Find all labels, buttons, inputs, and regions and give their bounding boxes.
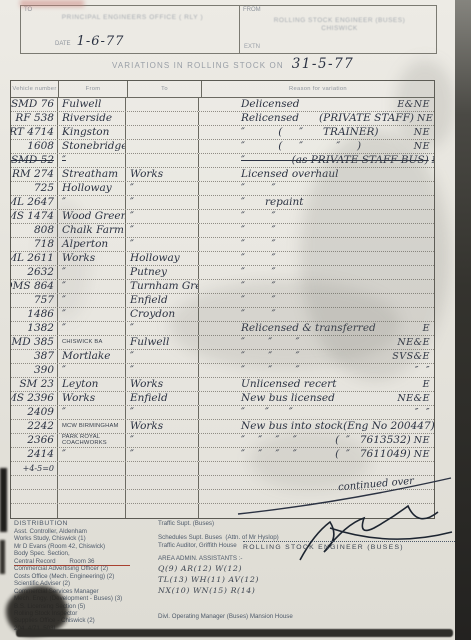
table-row: 2632 ″ Putney ″ ″ [11, 266, 434, 280]
cell-from: Stonebridge [58, 140, 126, 153]
cell-from: Leyton [58, 378, 126, 391]
cell-vehicle: 718 [11, 238, 58, 251]
to-cell: TO PRINCIPAL ENGINEERS OFFICE ( RLY ) DA… [21, 6, 240, 53]
cell-reason: ″ ″ [199, 308, 434, 321]
cell-vehicle: DMS 864 [11, 280, 58, 293]
cell-vehicle: DMS 1474 [11, 210, 58, 223]
cell-to [126, 98, 199, 111]
cell-vehicle [11, 476, 58, 489]
table-row: SMD 385 CHISWICK BA Fulwell ″ ″ ″ NE&E [11, 336, 434, 350]
distribution-item: Mr D Evans (Room 42, Chiswick) [14, 543, 162, 550]
cell-to: Holloway [126, 252, 199, 265]
cell-reason [199, 462, 434, 475]
cell-reason: ″ ( ″ ″ ) NE [199, 140, 434, 153]
distribution-item: Body Spec. Section, [14, 550, 162, 557]
distribution-item: Mech. Engy. (Development - Buses) (3) [14, 595, 162, 602]
cell-from: Works [58, 252, 126, 265]
table-row: +4-5=0 [11, 462, 434, 476]
cell-from: Wood Green [58, 210, 126, 223]
cell-to: Enfield [126, 294, 199, 307]
table-row: RT 4714 Kingston ″ ( ″ TRAINER) NE [11, 126, 434, 140]
cell-to [126, 112, 199, 125]
table-row: 1486 ″ Croydon ″ ″ [11, 308, 434, 322]
scanned-page: TO PRINCIPAL ENGINEERS OFFICE ( RLY ) DA… [0, 0, 471, 640]
cell-reason: ″ ″ [199, 252, 434, 265]
cell-to: Turnham Green [126, 280, 199, 293]
table-row: RF 538 Riverside Relicensed (PRIVATE STA… [11, 112, 434, 126]
cell-reason: ″ ″ [199, 294, 434, 307]
cell-from: Mortlake [58, 350, 126, 363]
cell-reason: Relicensed (PRIVATE STAFF) NE [199, 112, 434, 125]
cell-to: ″ [126, 364, 199, 377]
cell-vehicle: SM 23 [11, 378, 58, 391]
distribution-items: Asst. Controller, AldenhamWorks Study, C… [14, 528, 162, 632]
cell-reason: ″ ″ ″ ″ ″ [199, 406, 434, 419]
cell-reason: New bus licensed NE&E [199, 392, 434, 405]
cell-reason: ″ ″ ″ ″ ( ″ 7613532) NE [199, 434, 434, 447]
cell-from: Holloway [58, 182, 126, 195]
cell-to: ″ [126, 182, 199, 195]
distribution-item: Commercial Services Manager [14, 588, 162, 595]
col-header-vehicle: Vehicle number [11, 81, 59, 97]
cell-to [126, 462, 199, 475]
cell-to: Enfield [126, 392, 199, 405]
cell-reason [199, 490, 434, 503]
table-body: SMD 76 Fulwell Delicensed E&NE RF 538 Ri… [11, 98, 434, 518]
cell-to: Fulwell [126, 336, 199, 349]
distribution-title: DISTRIBUTION [14, 520, 162, 527]
cell-from: CHISWICK BA [58, 336, 126, 349]
cell-reason: ″ ″ ″ ″ ″ [199, 364, 434, 377]
cell-to: ″ [126, 210, 199, 223]
cell-from [58, 476, 126, 489]
cell-from: ″ [58, 266, 126, 279]
cell-vehicle: SMD 52 [11, 154, 58, 167]
cell-reason: ″ ″ [199, 238, 434, 251]
cell-to: ″ [126, 224, 199, 237]
cell-reason [199, 504, 434, 518]
cell-reason: New bus into stock (Eng No 200447) NE [199, 420, 434, 433]
distribution-item: Works Study, Chiswick (1) [14, 535, 162, 542]
cell-vehicle: +4-5=0 [11, 462, 58, 475]
cell-to: Works [126, 168, 199, 181]
cell-vehicle: 390 [11, 364, 58, 377]
cell-from: Chalk Farm [58, 224, 126, 237]
cell-to: ″ [126, 406, 199, 419]
cell-to [126, 476, 199, 489]
cell-from: Works [58, 392, 126, 405]
cell-vehicle: 2242 [11, 420, 58, 433]
cell-reason: ″ ″ [199, 280, 434, 293]
cell-from: Alperton [58, 238, 126, 251]
table-row: RML 2647 ″ ″ ″ repaint [11, 196, 434, 210]
footer-middle-item: TL(13) WH(11) AV(12) [158, 574, 333, 585]
distribution-item: Rolling Stock Inspector [14, 610, 162, 617]
cell-to: ″ [126, 196, 199, 209]
cell-vehicle: 725 [11, 182, 58, 195]
scan-edge-mark [0, 468, 7, 532]
cell-reason: ″ ″ [199, 182, 434, 195]
cell-vehicle: 1382 [11, 322, 58, 335]
col-header-to: To [128, 81, 202, 97]
cell-vehicle [11, 504, 58, 518]
cell-vehicle [11, 490, 58, 503]
cell-to: Putney [126, 266, 199, 279]
table-row: 387 Mortlake ″ ″ ″ ″ SVS&E [11, 350, 434, 364]
cell-to: Works [126, 378, 199, 391]
cell-vehicle: SMD 76 [11, 98, 58, 111]
cell-vehicle: 2414 [11, 448, 58, 461]
table-row: 390 ″ ″ ″ ″ ″ ″ ″ [11, 364, 434, 378]
table-row [11, 490, 434, 504]
distribution-list: DISTRIBUTION Asst. Controller, AldenhamW… [14, 520, 162, 632]
table-row: 2242 MCW BIRMINGHAM Works New bus into s… [11, 420, 434, 434]
signature-underline-stroke [330, 528, 452, 539]
cell-from: ″ [58, 364, 126, 377]
cell-to: ″ [126, 238, 199, 251]
table-row: RM 274 Streatham Works Licensed overhaul [11, 168, 434, 182]
cell-from: MCW BIRMINGHAM [58, 420, 126, 433]
cell-from: Streatham [58, 168, 126, 181]
table-row: 2366 PARK ROYAL COACHWORKS ″ ″ ″ ″ ″ ( ″… [11, 434, 434, 448]
cell-to [126, 504, 199, 518]
footer-middle-item: NX(10) WN(15) R(14) [158, 585, 333, 596]
cell-vehicle: RM 274 [11, 168, 58, 181]
table-row: SMD 52 ″ ″ (as PRIVATE STAFF BUS) NE [11, 154, 434, 168]
to-label: TO [24, 7, 32, 13]
cell-from: PARK ROYAL COACHWORKS [58, 434, 126, 447]
cell-from: ″ [58, 294, 126, 307]
cell-reason: ″ repaint [199, 196, 434, 209]
table-row: 725 Holloway ″ ″ ″ [11, 182, 434, 196]
cell-from: Fulwell [58, 98, 126, 111]
cell-to: ″ [126, 350, 199, 363]
cell-vehicle: DMS 2396 [11, 392, 58, 405]
cell-reason: ″ ″ [199, 266, 434, 279]
cell-to [126, 154, 199, 167]
from-stamp-line2: CHISWICK [252, 25, 427, 33]
cell-reason: ″ ( ″ TRAINER) NE [199, 126, 434, 139]
cell-from [58, 490, 126, 503]
footer-middle-item: AREA ADMIN. ASSISTANTS :- [158, 555, 333, 563]
cell-from: ″ [58, 406, 126, 419]
footer-middle-item: Traffic Supt. (Buses) [158, 520, 333, 528]
cell-to: ″ [126, 448, 199, 461]
cell-to [126, 490, 199, 503]
cell-to: Croydon [126, 308, 199, 321]
cell-to [126, 126, 199, 139]
cell-reason: ″ ″ ″ ″ ( ″ 7611049) NE [199, 448, 434, 461]
date-row: DATE 1-6-77 [55, 34, 124, 49]
cell-from: Riverside [58, 112, 126, 125]
cell-from: Kingston [58, 126, 126, 139]
table-row: 1382 ″ ″ Relicensed & transferred E [11, 322, 434, 336]
cell-vehicle: 2632 [11, 266, 58, 279]
cell-from [58, 462, 126, 475]
cell-to: ″ [126, 322, 199, 335]
from-stamp-text: ROLLING STOCK ENGINEER (BUSES) CHISWICK [252, 17, 427, 33]
table-row [11, 504, 434, 518]
form-title: VARIATIONS IN ROLLING STOCK ON 31-5-77 [112, 56, 354, 72]
distribution-item: 204 4/71 503] [14, 625, 162, 632]
form-title-date: 31-5-77 [292, 56, 355, 72]
distribution-item: Central Record Room 36 [14, 558, 162, 565]
cell-vehicle: 2409 [11, 406, 58, 419]
footer-middle-item: Q(9) AR(12) W(12) [158, 563, 333, 574]
distribution-item: Costs Office (Mech. Engineering) (2) [14, 573, 162, 580]
cell-from [58, 504, 126, 518]
cell-reason: Licensed overhaul [199, 168, 434, 181]
cell-to: Works [126, 420, 199, 433]
cell-reason: Delicensed E&NE [199, 98, 434, 111]
variations-table: Vehicle number From To Reason for variat… [10, 80, 435, 519]
cell-vehicle: RT 4714 [11, 126, 58, 139]
distribution-item: Supplies Office - Chiswick (2) [14, 617, 162, 624]
distribution-item: B.S. Licensing Section (5) [14, 603, 162, 610]
cell-vehicle: 808 [11, 224, 58, 237]
table-row: DMS 864 ″ Turnham Green ″ ″ [11, 280, 434, 294]
cell-to: ″ [126, 434, 199, 447]
table-row: 718 Alperton ″ ″ ″ [11, 238, 434, 252]
table-row: RML 2611 Works Holloway ″ ″ [11, 252, 434, 266]
cell-reason: ″ ″ ″ NE&E [199, 336, 434, 349]
cell-vehicle: 2366 [11, 434, 58, 447]
cell-vehicle: SMD 385 [11, 336, 58, 349]
signature-dotted-line [243, 541, 459, 542]
date-label: DATE [55, 41, 71, 47]
cell-vehicle: RF 538 [11, 112, 58, 125]
to-stamp-text: PRINCIPAL ENGINEERS OFFICE ( RLY ) [35, 14, 230, 21]
cell-vehicle: 1486 [11, 308, 58, 321]
cell-vehicle: RML 2647 [11, 196, 58, 209]
distribution-item: Commercial Advertising Officer (2) [14, 565, 162, 572]
table-row: 757 ″ Enfield ″ ″ [11, 294, 434, 308]
table-row: 1608 Stonebridge ″ ( ″ ″ ) NE [11, 140, 434, 154]
distribution-item: Asst. Controller, Aldenham [14, 528, 162, 535]
scan-edge-mark [0, 540, 5, 574]
table-row: 2409 ″ ″ ″ ″ ″ ″ ″ [11, 406, 434, 420]
cell-reason: ″ ″ [199, 224, 434, 237]
from-stamp-line1: ROLLING STOCK ENGINEER (BUSES) [252, 17, 427, 25]
from-label: FROM [243, 7, 261, 13]
table-row: DMS 2396 Works Enfield New bus licensed … [11, 392, 434, 406]
extn-label: EXTN [244, 44, 260, 50]
cell-vehicle: 1608 [11, 140, 58, 153]
cell-from: ″ [58, 154, 126, 167]
distribution-item: Scientific Adviser (2) [14, 580, 162, 587]
header-address-box: TO PRINCIPAL ENGINEERS OFFICE ( RLY ) DA… [20, 5, 437, 54]
table-row: 2414 ″ ″ ″ ″ ″ ″ ( ″ 7611049) NE [11, 448, 434, 462]
table-row: 808 Chalk Farm ″ ″ ″ [11, 224, 434, 238]
form-title-printed: VARIATIONS IN ROLLING STOCK ON [112, 61, 284, 70]
from-cell: FROM ROLLING STOCK ENGINEER (BUSES) CHIS… [240, 6, 436, 53]
cell-vehicle: RML 2611 [11, 252, 58, 265]
cell-reason: ″ (as PRIVATE STAFF BUS) NE [199, 154, 434, 167]
cell-reason: ″ ″ ″ SVS&E [199, 350, 434, 363]
cell-from: ″ [58, 280, 126, 293]
cell-reason: Relicensed & transferred E [199, 322, 434, 335]
table-row: SMD 76 Fulwell Delicensed E&NE [11, 98, 434, 112]
cell-from: ″ [58, 448, 126, 461]
table-header-row: Vehicle number From To Reason for variat… [11, 81, 434, 98]
cell-to [126, 140, 199, 153]
cell-vehicle: 757 [11, 294, 58, 307]
cell-from: ″ [58, 322, 126, 335]
col-header-reason: Reason for variation [202, 81, 434, 97]
cell-from: ″ [58, 308, 126, 321]
cell-from: ″ [58, 196, 126, 209]
cell-reason: Unlicensed recert E [199, 378, 434, 391]
footer-middle-item: Divl. Operating Manager (Buses) Mansion … [158, 613, 333, 621]
cell-vehicle: 387 [11, 350, 58, 363]
footer-middle-column: Traffic Supt. (Buses)Schedules Supt. Bus… [158, 520, 333, 621]
signature-block: ROLLING STOCK ENGINEER (BUSES) [243, 541, 459, 551]
col-header-from: From [59, 81, 128, 97]
date-value: 1-6-77 [77, 34, 125, 49]
table-row: SM 23 Leyton Works Unlicensed recert E [11, 378, 434, 392]
signature-label: ROLLING STOCK ENGINEER (BUSES) [243, 544, 459, 551]
table-row: DMS 1474 Wood Green ″ ″ ″ [11, 210, 434, 224]
cell-reason: ″ ″ [199, 210, 434, 223]
